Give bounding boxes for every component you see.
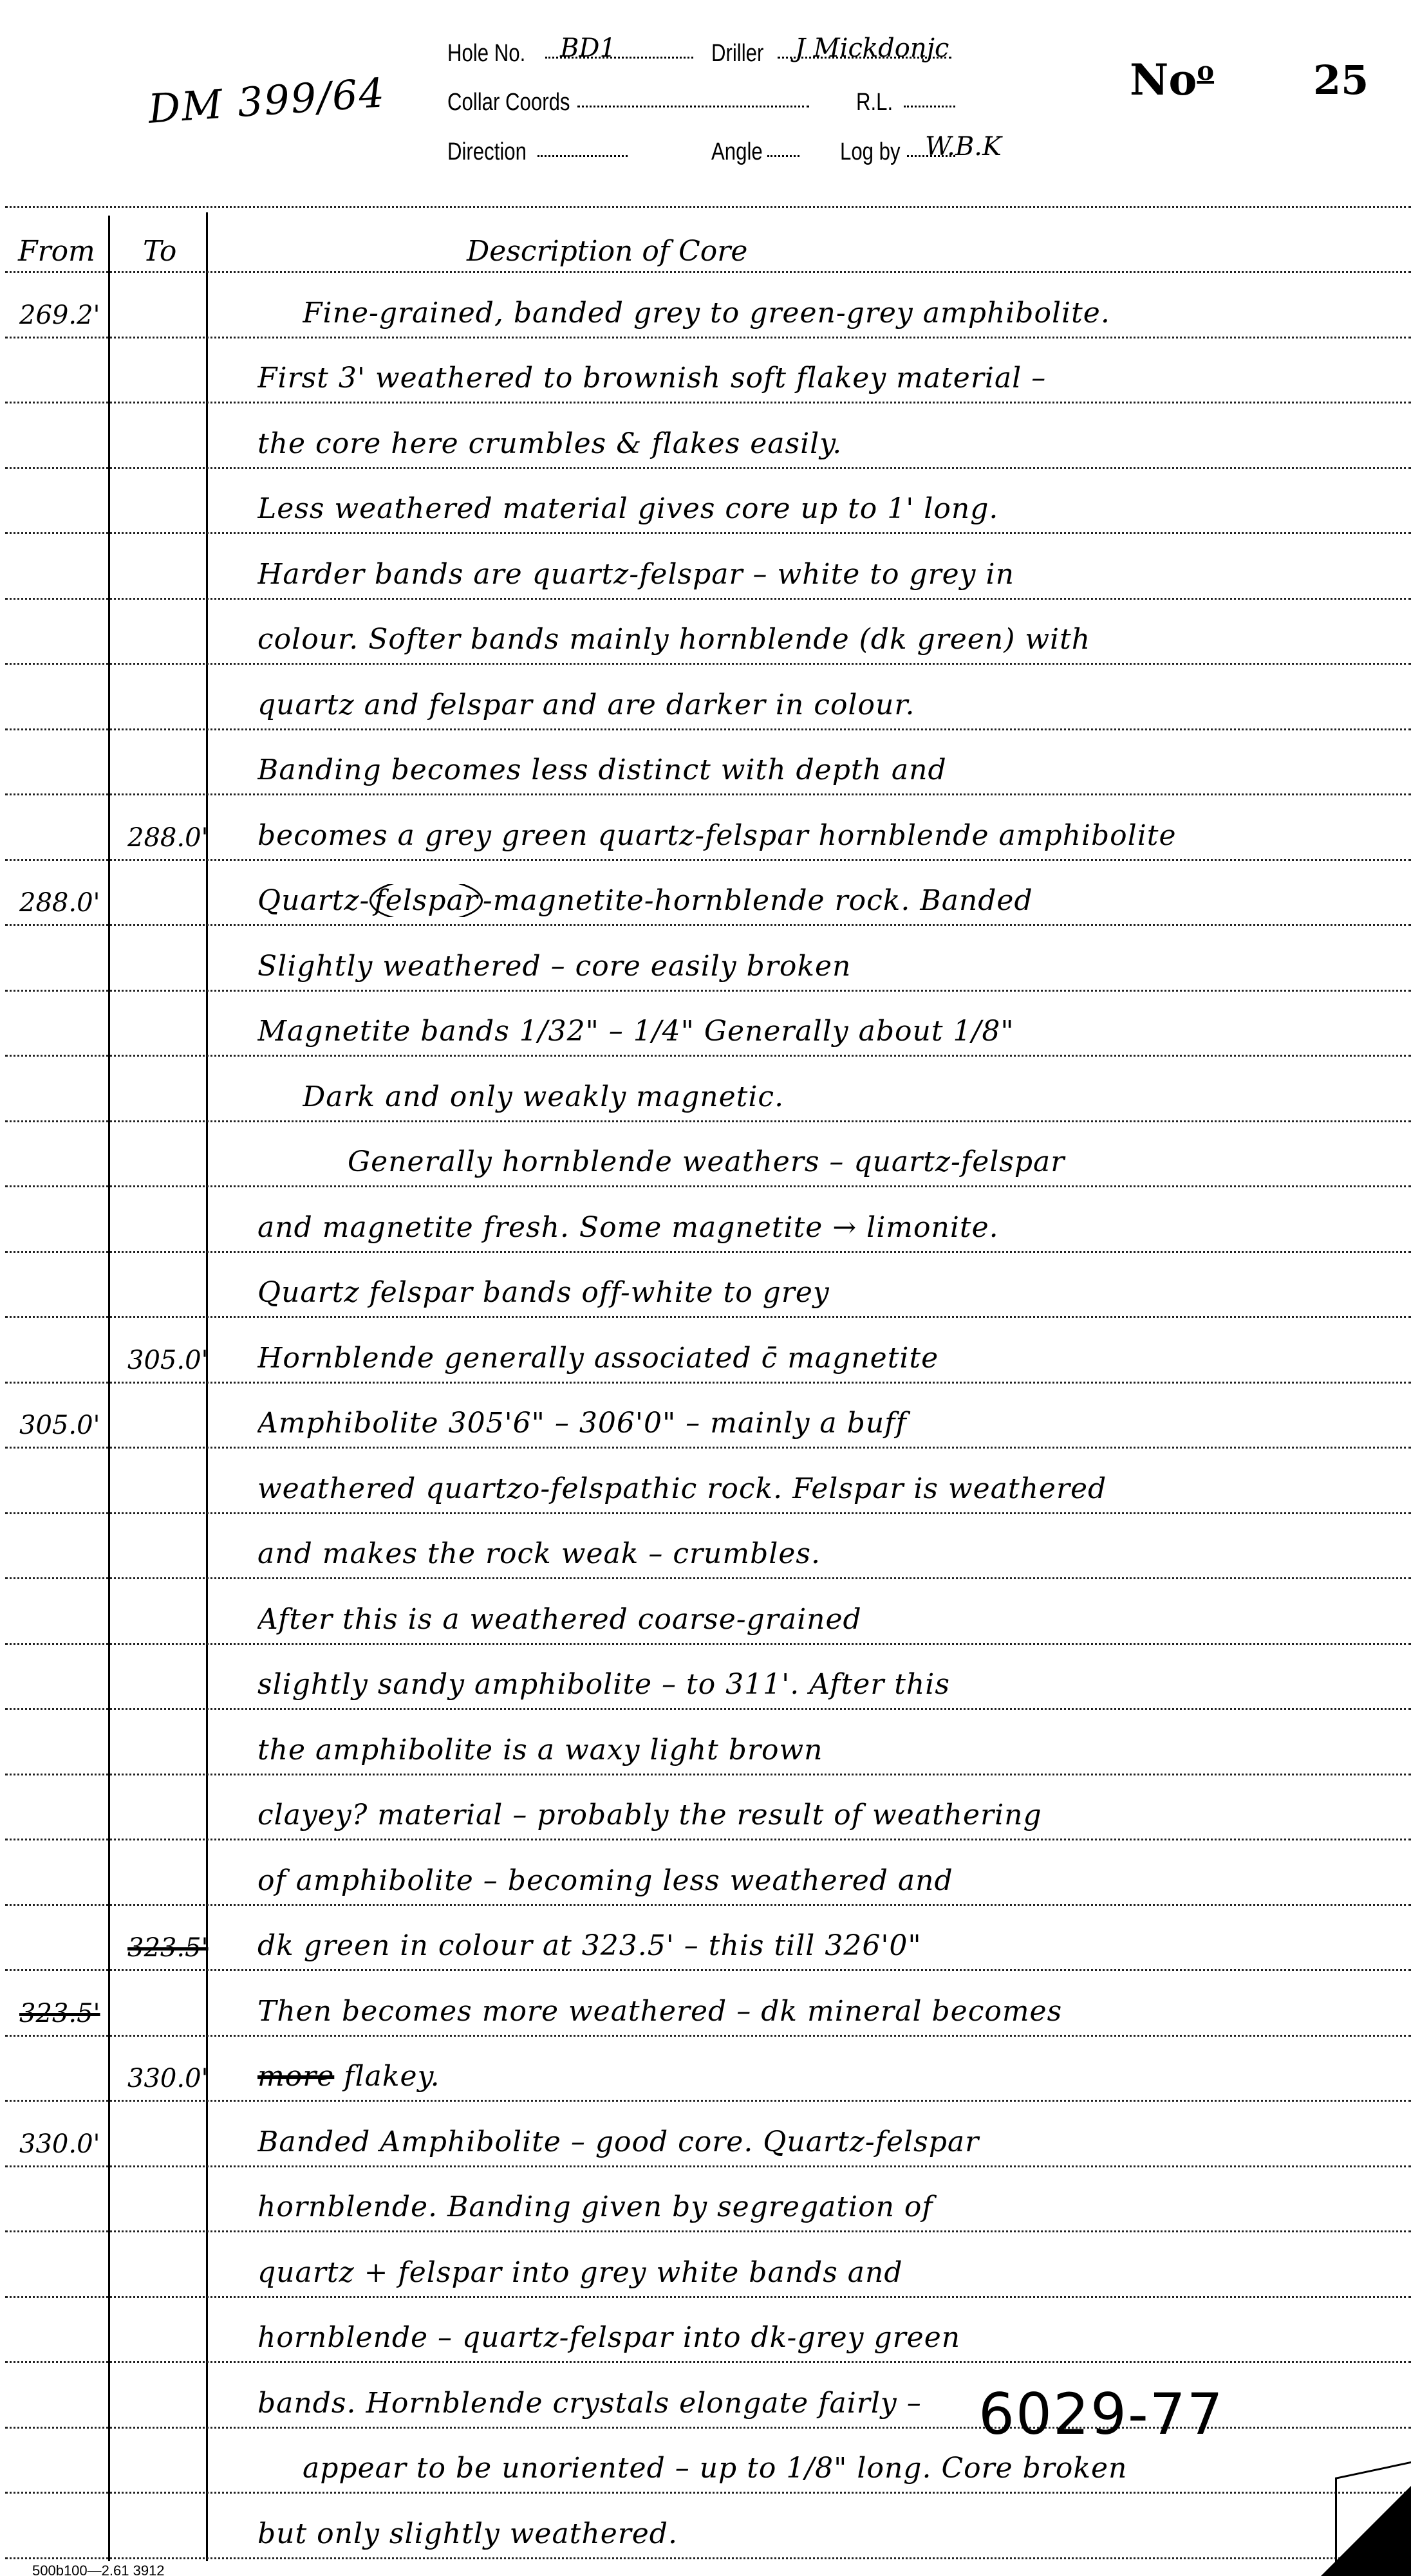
log-line-text: Quartz-felspar-magnetite-hornblende rock… — [257, 884, 1398, 917]
ruled-line — [5, 206, 1411, 208]
ruled-line — [5, 1577, 1411, 1579]
log-line-text: dk green in colour at 323.5' – this till… — [257, 1929, 1398, 1962]
from-depth: 305.0' — [19, 1411, 100, 1440]
ruled-line — [5, 859, 1411, 861]
log-line-text: the amphibolite is a waxy light brown — [257, 1734, 1398, 1766]
log-line-text: the core here crumbles & flakes easily. — [257, 427, 1398, 460]
from-depth: 269.2' — [19, 301, 100, 330]
angle-label: Angle — [711, 138, 763, 166]
ruled-line — [5, 1969, 1411, 1971]
ruled-line — [5, 532, 1411, 534]
ruled-line — [5, 2035, 1411, 2037]
log-line-text: hornblende – quartz-felspar into dk-grey… — [257, 2321, 1398, 2354]
ruled-line — [5, 2165, 1411, 2167]
log-line-text: colour. Softer bands mainly hornblende (… — [257, 623, 1398, 656]
ruled-line — [5, 598, 1411, 600]
driller-label: Driller — [711, 40, 763, 68]
ruled-line — [5, 1708, 1411, 1710]
struck-word: more — [257, 2060, 334, 2093]
rl-label: R.L. — [856, 89, 893, 116]
to-depth: 305.0' — [127, 1346, 209, 1375]
angle-field: Angle — [711, 138, 799, 166]
log-line-text: Slightly weathered – core easily broken — [257, 950, 1398, 983]
log-line-text: and makes the rock weak – crumbles. — [257, 1537, 1398, 1570]
log-line-text: Quartz felspar bands off-white to grey — [257, 1276, 1398, 1309]
ruled-line — [5, 2492, 1411, 2494]
log-line-text: and magnetite fresh. Some magnetite → li… — [257, 1211, 1398, 1244]
log-line-text: hornblende. Banding given by segregation… — [257, 2191, 1398, 2223]
ruled-line — [5, 1316, 1411, 1318]
log-line-text: clayey? material – probably the result o… — [257, 1799, 1398, 1831]
ruled-line — [5, 402, 1411, 403]
ruled-line — [5, 663, 1411, 665]
log-line-text: Then becomes more weathered – dk mineral… — [257, 1995, 1398, 2028]
log-line-text: Hornblende generally associated c̄ magne… — [257, 1342, 1398, 1375]
log-line-text: appear to be unoriented – up to 1/8" lon… — [303, 2452, 1398, 2485]
ruled-line — [5, 793, 1411, 795]
direction-field: Direction — [447, 138, 628, 166]
log-line-text: Fine-grained, banded grey to green-grey … — [303, 297, 1398, 329]
log-line-text: Banded Amphibolite – good core. Quartz-f… — [257, 2126, 1398, 2158]
ruled-line — [5, 2557, 1411, 2559]
ruled-line — [5, 728, 1411, 730]
to-column-divider — [206, 212, 208, 2561]
log-line-text: weathered quartzo-felspathic rock. Felsp… — [257, 1472, 1398, 1505]
rl-field: R.L. — [856, 89, 955, 116]
log-line-text: Less weathered material gives core up to… — [257, 492, 1398, 525]
log-line-text: becomes a grey green quartz-felspar horn… — [257, 819, 1398, 852]
to-depth: 323.5' — [127, 1933, 209, 1963]
log-line-text: quartz + felspar into grey white bands a… — [257, 2256, 1398, 2289]
ruled-line — [5, 467, 1411, 469]
underlined-word: magnetite — [493, 884, 644, 917]
ruled-line — [5, 1643, 1411, 1645]
ruled-line — [5, 2296, 1411, 2298]
ruled-line — [5, 1447, 1411, 1449]
sheet-number-label: Noo — [1130, 55, 1214, 105]
ruled-line — [5, 990, 1411, 992]
page-curl — [1321, 2486, 1411, 2576]
hole-no-value: BD1 — [560, 33, 616, 63]
driller-value: J Mickdonjc — [795, 33, 949, 63]
sheet-number: 25 — [1313, 57, 1369, 104]
ruled-line — [5, 924, 1411, 926]
log-line-text: quartz and felspar and are darker in col… — [257, 689, 1398, 721]
ruled-line — [5, 1512, 1411, 1514]
ruled-line — [5, 1185, 1411, 1187]
log-line-text: bands. Hornblende crystals elongate fair… — [257, 2387, 1398, 2420]
hole-no-field: Hole No. BD1 — [447, 40, 693, 68]
drill-core-log-sheet: DM 399/64 Hole No. BD1 Driller J Mickdon… — [0, 0, 1411, 2576]
ruled-line — [5, 337, 1411, 338]
description-column-heading: Description of Core — [467, 235, 747, 268]
log-line-text: slightly sandy amphibolite – to 311'. Af… — [257, 1668, 1398, 1701]
corner-reference: 6029-77 — [978, 2381, 1224, 2447]
log-line-text: Harder bands are quartz-felspar – white … — [257, 558, 1398, 591]
log-by-field: Log by W.B.K — [840, 138, 955, 166]
log-line-text: After this is a weathered coarse-grained — [257, 1603, 1398, 1636]
ruled-line — [5, 1251, 1411, 1253]
ruled-line — [5, 1774, 1411, 1775]
ruled-line — [5, 2361, 1411, 2363]
hole-no-label: Hole No. — [447, 40, 525, 68]
driller-field: Driller J Mickdonjc — [711, 40, 951, 68]
log-line-text: First 3' weathered to brownish soft flak… — [257, 362, 1398, 394]
log-line-text: Generally hornblende weathers – quartz-f… — [348, 1145, 1398, 1178]
direction-label: Direction — [447, 138, 527, 166]
log-line-text: Banding becomes less distinct with depth… — [257, 754, 1398, 786]
log-line-text: Amphibolite 305'6" – 306'0" – mainly a b… — [257, 1407, 1398, 1440]
log-by-label: Log by — [840, 138, 901, 166]
log-line-text: more flakey. — [257, 2060, 1398, 2093]
to-depth: 330.0' — [127, 2064, 209, 2093]
to-column-heading: To — [143, 235, 176, 268]
collar-coords-label: Collar Coords — [447, 89, 570, 116]
from-depth: 288.0' — [19, 888, 100, 918]
log-by-value: W.B.K — [925, 132, 1002, 162]
reference-number: DM 399/64 — [147, 69, 387, 133]
ruled-line — [5, 1055, 1411, 1057]
ruled-line — [5, 271, 1411, 273]
ruled-line — [5, 1904, 1411, 1906]
from-depth: 323.5' — [19, 1999, 100, 2028]
circled-word: felspar — [369, 884, 482, 917]
from-depth: 330.0' — [19, 2129, 100, 2159]
print-code: 500b100—2.61 3912 — [32, 2562, 165, 2576]
log-line-text: Dark and only weakly magnetic. — [303, 1080, 1398, 1113]
ruled-line — [5, 1120, 1411, 1122]
to-depth: 288.0' — [127, 823, 209, 853]
from-column-divider — [108, 216, 110, 2561]
log-line-text: but only slightly weathered. — [257, 2517, 1398, 2550]
ruled-line — [5, 1839, 1411, 1840]
ruled-line — [5, 1382, 1411, 1384]
ruled-line — [5, 2100, 1411, 2102]
collar-coords-field: Collar Coords — [447, 89, 809, 116]
log-line-text: Magnetite bands 1/32" – 1/4" Generally a… — [257, 1015, 1398, 1048]
log-line-text: of amphibolite – becoming less weathered… — [257, 1864, 1398, 1897]
ruled-line — [5, 2230, 1411, 2232]
from-column-heading: From — [18, 235, 95, 268]
